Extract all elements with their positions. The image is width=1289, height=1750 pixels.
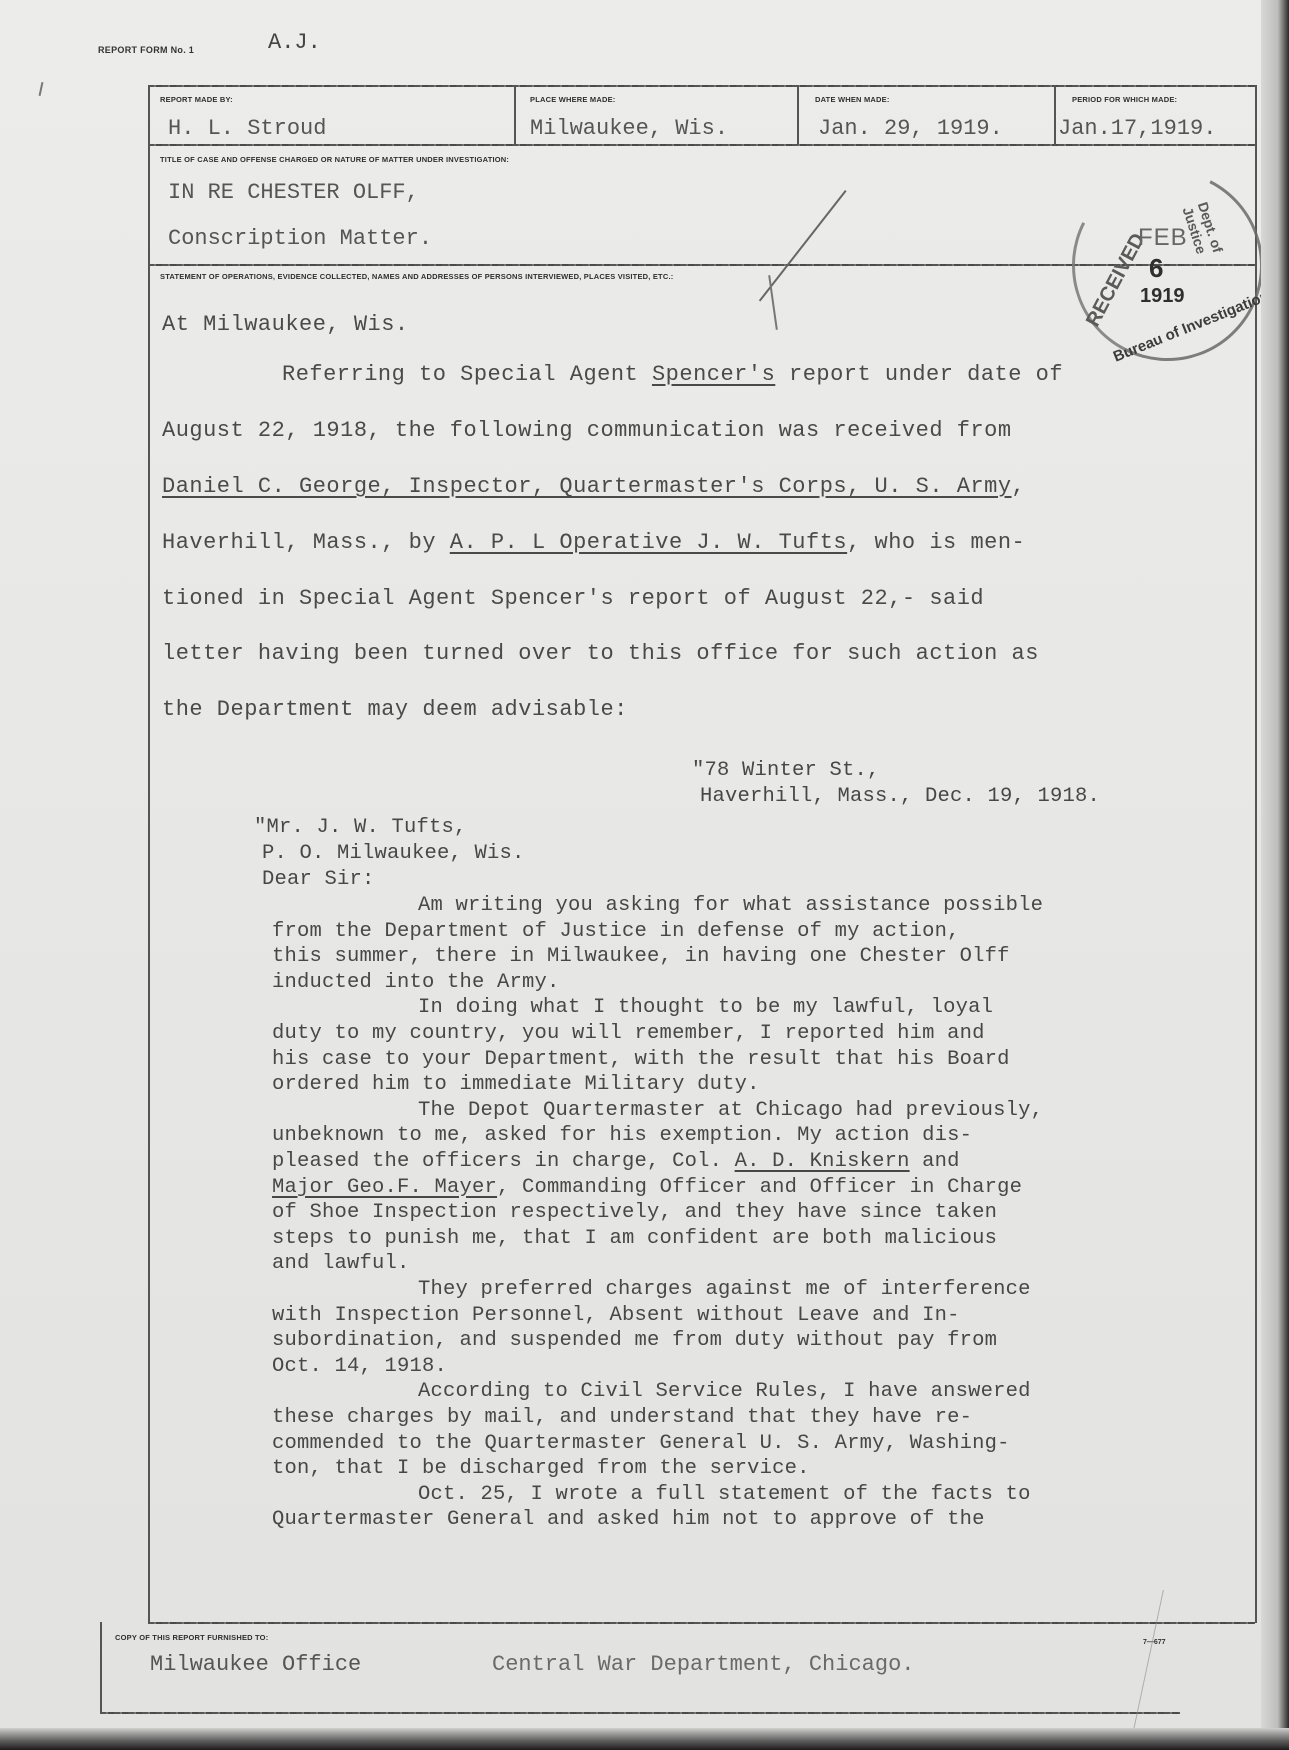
line-text: his case to your Department, with the re… <box>272 1048 1010 1071</box>
underlined-name: Spencer's <box>652 362 775 387</box>
letter-line: his case to your Department, with the re… <box>272 1047 1010 1073</box>
line-text: ordered him to immediate Military duty. <box>272 1073 760 1096</box>
letter-line: unbeknown to me, asked for his exemption… <box>272 1123 972 1149</box>
letter-line: inducted into the Army. <box>272 970 560 996</box>
pencil-mark <box>39 82 44 96</box>
letter-line: They preferred charges against me of int… <box>418 1277 1031 1303</box>
letter-line: In doing what I thought to be my lawful,… <box>418 995 993 1021</box>
statement-line: Daniel C. George, Inspector, Quartermast… <box>162 474 1025 499</box>
line-text: commended to the Quartermaster General U… <box>272 1432 1010 1455</box>
period-for-which-made-value: Jan.17,1919. <box>1058 116 1216 141</box>
line-text: According to Civil Service Rules, I have… <box>418 1380 1031 1403</box>
line-text: and <box>910 1150 960 1173</box>
letter-line: The Depot Quartermaster at Chicago had p… <box>418 1098 1043 1124</box>
statement-line: Referring to Special Agent Spencer's rep… <box>282 362 1063 387</box>
report-made-by-value: H. L. Stroud <box>168 116 326 141</box>
line-text: from the Department of Justice in defens… <box>272 920 960 943</box>
statement-line: tioned in Special Agent Spencer's report… <box>162 586 984 611</box>
header-top-rule <box>148 85 1255 87</box>
line-text: of Shoe Inspection respectively, and the… <box>272 1201 997 1224</box>
case-title-line-1: IN RE CHESTER OLFF, <box>168 180 419 205</box>
letter-line: subordination, and suspended me from dut… <box>272 1328 997 1354</box>
underlined-name: Major Geo.F. Mayer <box>272 1176 497 1199</box>
letter-line: Am writing you asking for what assistanc… <box>418 893 1043 919</box>
letter-line: ordered him to immediate Military duty. <box>272 1072 760 1098</box>
letter-line: According to Civil Service Rules, I have… <box>418 1379 1031 1405</box>
letter-address-line-1: "78 Winter St., <box>692 758 880 784</box>
stamp-month: FEB <box>1138 224 1188 252</box>
stamp-day: 6 <box>1149 253 1163 284</box>
header-divider-1 <box>514 85 516 145</box>
line-text: Haverhill, Mass., by <box>162 530 450 555</box>
underlined-name: Daniel C. George, Inspector, Quartermast… <box>162 474 1012 499</box>
letter-salutation: Dear Sir: <box>262 867 375 893</box>
line-text: Referring to Special Agent <box>282 362 652 387</box>
line-text: The Depot Quartermaster at Chicago had p… <box>418 1099 1043 1122</box>
line-text: steps to punish me, that I am confident … <box>272 1227 997 1250</box>
period-for-which-made-label: PERIOD FOR WHICH MADE: <box>1072 95 1177 104</box>
statement-line: Haverhill, Mass., by A. P. L Operative J… <box>162 530 1025 555</box>
letter-line: steps to punish me, that I am confident … <box>272 1226 997 1252</box>
statement-line: the Department may deem advisable: <box>162 697 628 722</box>
case-title-label: TITLE OF CASE AND OFFENSE CHARGED OR NAT… <box>160 155 509 164</box>
statement-location: At Milwaukee, Wis. <box>162 312 409 337</box>
footer-recipient-2: Central War Department, Chicago. <box>492 1652 914 1677</box>
letter-recipient-line-1: "Mr. J. W. Tufts, <box>254 815 467 841</box>
underlined-name: A. P. L Operative J. W. Tufts <box>450 530 847 555</box>
underlined-name: A. D. Kniskern <box>735 1150 910 1173</box>
report-made-by-label: REPORT MADE BY: <box>160 95 233 104</box>
place-where-made-value: Milwaukee, Wis. <box>530 116 728 141</box>
date-when-made-value: Jan. 29, 1919. <box>818 116 1003 141</box>
place-where-made-label: PLACE WHERE MADE: <box>530 95 615 104</box>
statement-label: STATEMENT OF OPERATIONS, EVIDENCE COLLEC… <box>160 272 673 281</box>
line-text: August 22, 1918, the following communica… <box>162 418 1012 443</box>
line-text: duty to my country, you will remember, I… <box>272 1022 985 1045</box>
line-text: Quartermaster General and asked him not … <box>272 1508 985 1531</box>
case-title-line-2: Conscription Matter. <box>168 226 432 251</box>
letter-line: from the Department of Justice in defens… <box>272 919 960 945</box>
line-text: this summer, there in Milwaukee, in havi… <box>272 945 1010 968</box>
footer-left-rule <box>100 1622 102 1714</box>
header-divider-3 <box>1054 85 1056 145</box>
statement-bottom-rule <box>148 1622 1255 1624</box>
line-text: and lawful. <box>272 1252 410 1275</box>
line-text: pleased the officers in charge, Col. <box>272 1150 735 1173</box>
letter-line: pleased the officers in charge, Col. A. … <box>272 1149 960 1175</box>
line-text: tioned in Special Agent Spencer's report… <box>162 586 984 611</box>
letter-recipient-line-2: P. O. Milwaukee, Wis. <box>262 841 525 867</box>
line-text: They preferred charges against me of int… <box>418 1278 1031 1301</box>
letter-line: with Inspection Personnel, Absent withou… <box>272 1303 960 1329</box>
letter-line: Major Geo.F. Mayer, Commanding Officer a… <box>272 1175 1022 1201</box>
letter-line: duty to my country, you will remember, I… <box>272 1021 985 1047</box>
scan-edge-right <box>1261 0 1289 1750</box>
document-page: REPORT FORM No. 1 A.J. REPORT MADE BY: H… <box>0 0 1289 1750</box>
handwritten-annotation: A.J. <box>268 30 321 55</box>
letter-line: commended to the Quartermaster General U… <box>272 1431 1010 1457</box>
line-text: Oct. 14, 1918. <box>272 1355 447 1378</box>
footer-copy-label: COPY OF THIS REPORT FURNISHED TO: <box>115 1633 268 1642</box>
line-text: inducted into the Army. <box>272 971 560 994</box>
header-bottom-rule <box>148 144 1255 146</box>
scan-edge-bottom <box>0 1728 1289 1750</box>
line-text: ton, that I be discharged from the servi… <box>272 1457 810 1480</box>
letter-line: these charges by mail, and understand th… <box>272 1405 972 1431</box>
line-text: Am writing you asking for what assistanc… <box>418 894 1043 917</box>
line-text: unbeknown to me, asked for his exemption… <box>272 1124 972 1147</box>
line-text: letter having been turned over to this o… <box>162 641 1039 666</box>
letter-line: this summer, there in Milwaukee, in havi… <box>272 944 1010 970</box>
letter-line: Oct. 25, I wrote a full statement of the… <box>418 1482 1031 1508</box>
line-text: Oct. 25, I wrote a full statement of the… <box>418 1483 1031 1506</box>
line-text: , who is men- <box>847 530 1025 555</box>
form-label: REPORT FORM No. 1 <box>98 45 194 55</box>
line-text: these charges by mail, and understand th… <box>272 1406 972 1429</box>
letter-address-line-2: Haverhill, Mass., Dec. 19, 1918. <box>700 784 1100 810</box>
line-text: report under date of <box>775 362 1063 387</box>
line-text: , Commanding Officer and Officer in Char… <box>497 1176 1022 1199</box>
line-text: with Inspection Personnel, Absent withou… <box>272 1304 960 1327</box>
statement-line: letter having been turned over to this o… <box>162 641 1039 666</box>
letter-line: of Shoe Inspection respectively, and the… <box>272 1200 997 1226</box>
statement-line: August 22, 1918, the following communica… <box>162 418 1012 443</box>
footer-recipient-1: Milwaukee Office <box>150 1652 361 1677</box>
letter-line: Quartermaster General and asked him not … <box>272 1507 985 1533</box>
line-text: , <box>1012 474 1026 499</box>
date-when-made-label: DATE WHEN MADE: <box>815 95 890 104</box>
line-text: the Department may deem advisable: <box>162 697 628 722</box>
letter-line: and lawful. <box>272 1251 410 1277</box>
line-text: subordination, and suspended me from dut… <box>272 1329 997 1352</box>
stamp-year: 1919 <box>1140 285 1185 308</box>
footer-bottom-rule <box>100 1712 1180 1714</box>
letter-line: ton, that I be discharged from the servi… <box>272 1456 810 1482</box>
line-text: In doing what I thought to be my lawful,… <box>418 996 993 1019</box>
header-divider-2 <box>797 85 799 145</box>
letter-line: Oct. 14, 1918. <box>272 1354 447 1380</box>
